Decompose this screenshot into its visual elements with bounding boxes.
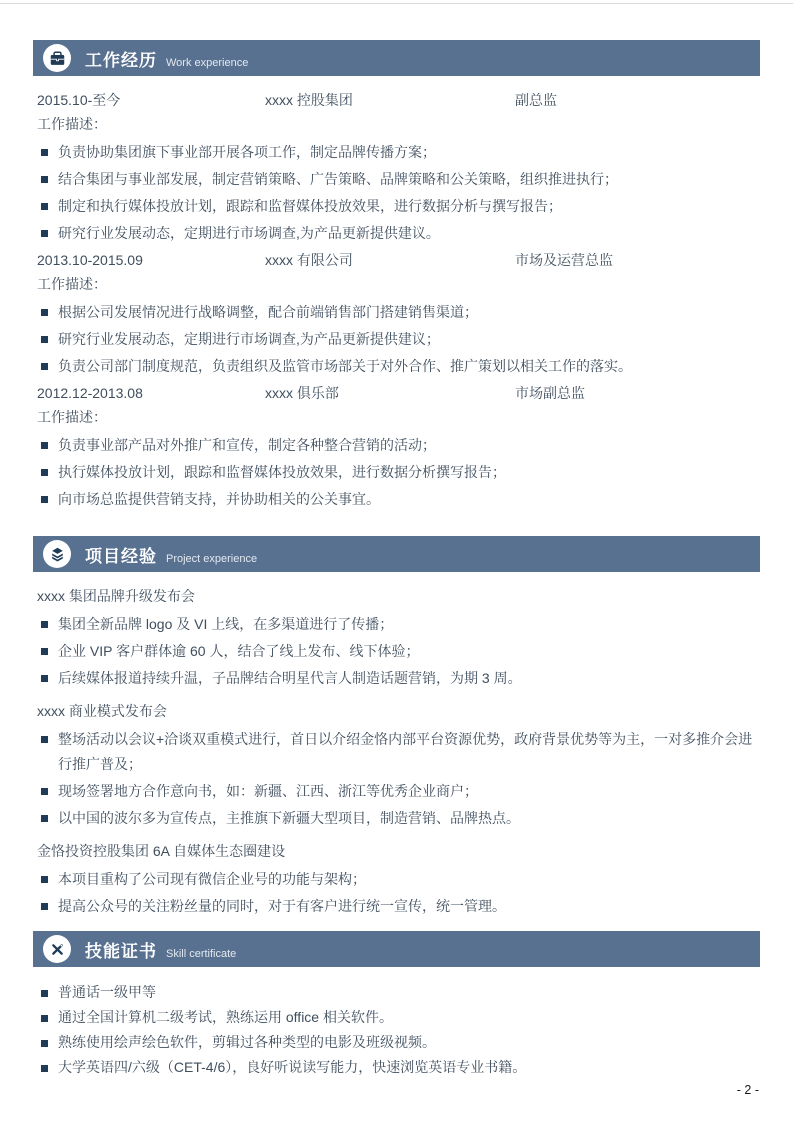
page-top-rule (0, 3, 793, 4)
tools-icon (43, 935, 71, 963)
bullet-item: 后续媒体报道持续升温，子品牌结合明星代言人制造话题营销，为期 3 周。 (37, 666, 760, 691)
job-bullet-list: 负责事业部产品对外推广和宣传，制定各种整合营销的活动； 执行媒体投放计划，跟踪和… (37, 433, 760, 512)
bullet-item: 现场签署地方合作意向书，如：新疆、江西、浙江等优秀企业商户； (37, 779, 760, 804)
bullet-item: 向市场总监提供营销支持，并协助相关的公关事宜。 (37, 487, 760, 512)
project-bullet-list: 集团全新品牌 logo 及 VI 上线，在多渠道进行了传播； 企业 VIP 客户… (37, 612, 760, 691)
skill-bullet-list: 普通话一级甲等 通过全国计算机二级考试，熟练运用 office 相关软件。 熟练… (37, 981, 760, 1079)
section-subtitle: Project experience (166, 553, 257, 565)
bullet-item: 普通话一级甲等 (37, 981, 760, 1004)
job-period: 2012.12-2013.08 (37, 381, 265, 405)
bullet-item: 负责事业部产品对外推广和宣传，制定各种整合营销的活动； (37, 433, 760, 458)
job-desc-label: 工作描述： (37, 405, 760, 429)
bullet-item: 研究行业发展动态，定期进行市场调查,为产品更新提供建议； (37, 327, 760, 352)
bullet-item: 制定和执行媒体投放计划，跟踪和监督媒体投放效果，进行数据分析与撰写报告； (37, 194, 760, 219)
project-entry: 金恪投资控股集团 6A 自媒体生态圈建设 本项目重构了公司现有微信企业号的功能与… (37, 839, 760, 919)
work-experience-list: 2015.10-至今 xxxx 控股集团 副总监 工作描述： 负责协助集团旗下事… (33, 76, 760, 512)
briefcase-icon (43, 44, 71, 72)
job-company: xxxx 有限公司 (265, 248, 515, 272)
bullet-item: 负责协助集团旗下事业部开展各项工作，制定品牌传播方案； (37, 140, 760, 165)
job-entry: 2013.10-2015.09 xxxx 有限公司 市场及运营总监 工作描述： … (37, 248, 760, 379)
project-name: xxxx 商业模式发布会 (37, 699, 760, 723)
section-subtitle: Work experience (166, 57, 248, 69)
resume-page: 工作经历 Work experience 2015.10-至今 xxxx 控股集… (0, 0, 793, 1122)
skill-certificate-list: 普通话一级甲等 通过全国计算机二级考试，熟练运用 office 相关软件。 熟练… (33, 967, 760, 1079)
page-number: - 2 - (737, 1083, 759, 1097)
section-title: 项目经验 (85, 542, 157, 567)
bullet-item: 熟练使用绘声绘色软件，剪辑过各种类型的电影及班级视频。 (37, 1031, 760, 1054)
job-header: 2012.12-2013.08 xxxx 俱乐部 市场副总监 (37, 381, 760, 405)
bullet-item: 负责公司部门制度规范，负责组织及监管市场部关于对外合作、推广策划以相关工作的落实… (37, 354, 760, 379)
project-name: 金恪投资控股集团 6A 自媒体生态圈建设 (37, 839, 760, 863)
bullet-item: 根据公司发展情况进行战略调整，配合前端销售部门搭建销售渠道； (37, 300, 760, 325)
bullet-item: 提高公众号的关注粉丝量的同时，对于有客户进行统一宣传，统一管理。 (37, 894, 760, 919)
section-header-work: 工作经历 Work experience (33, 40, 760, 76)
job-entry: 2012.12-2013.08 xxxx 俱乐部 市场副总监 工作描述： 负责事… (37, 381, 760, 512)
bullet-item: 集团全新品牌 logo 及 VI 上线，在多渠道进行了传播； (37, 612, 760, 637)
project-bullet-list: 整场活动以会议+洽谈双重模式进行，首日以介绍金恪内部平台资源优势，政府背景优势等… (37, 727, 760, 831)
bullet-item: 大学英语四/六级（CET-4/6），良好听说读写能力，快速浏览英语专业书籍。 (37, 1056, 760, 1079)
job-desc-label: 工作描述： (37, 272, 760, 296)
job-bullet-list: 负责协助集团旗下事业部开展各项工作，制定品牌传播方案； 结合集团与事业部发展，制… (37, 140, 760, 246)
bullet-item: 执行媒体投放计划，跟踪和监督媒体投放效果，进行数据分析撰写报告； (37, 460, 760, 485)
job-period: 2015.10-至今 (37, 88, 265, 112)
section-subtitle: Skill certificate (166, 948, 236, 960)
project-bullet-list: 本项目重构了公司现有微信企业号的功能与架构； 提高公众号的关注粉丝量的同时，对于… (37, 867, 760, 919)
bullet-item: 本项目重构了公司现有微信企业号的功能与架构； (37, 867, 760, 892)
bullet-item: 结合集团与事业部发展，制定营销策略、广告策略、品牌策略和公关策略，组织推进执行； (37, 167, 760, 192)
bullet-item: 企业 VIP 客户群体逾 60 人，结合了线上发布、线下体验； (37, 639, 760, 664)
job-position: 市场及运营总监 (515, 248, 760, 272)
job-bullet-list: 根据公司发展情况进行战略调整，配合前端销售部门搭建销售渠道； 研究行业发展动态，… (37, 300, 760, 379)
job-header: 2013.10-2015.09 xxxx 有限公司 市场及运营总监 (37, 248, 760, 272)
section-header-skill: 技能证书 Skill certificate (33, 931, 760, 967)
layers-icon (43, 540, 71, 568)
job-company: xxxx 控股集团 (265, 88, 515, 112)
bullet-item: 研究行业发展动态，定期进行市场调查,为产品更新提供建议。 (37, 221, 760, 246)
job-position: 市场副总监 (515, 381, 760, 405)
section-title: 技能证书 (85, 937, 157, 962)
project-entry: xxxx 商业模式发布会 整场活动以会议+洽谈双重模式进行，首日以介绍金恪内部平… (37, 699, 760, 831)
project-name: xxxx 集团品牌升级发布会 (37, 584, 760, 608)
bullet-item: 通过全国计算机二级考试，熟练运用 office 相关软件。 (37, 1006, 760, 1029)
project-experience-list: xxxx 集团品牌升级发布会 集团全新品牌 logo 及 VI 上线，在多渠道进… (33, 572, 760, 919)
job-position: 副总监 (515, 88, 760, 112)
section-header-project: 项目经验 Project experience (33, 536, 760, 572)
bullet-item: 整场活动以会议+洽谈双重模式进行，首日以介绍金恪内部平台资源优势，政府背景优势等… (37, 727, 760, 777)
project-entry: xxxx 集团品牌升级发布会 集团全新品牌 logo 及 VI 上线，在多渠道进… (37, 584, 760, 691)
section-title: 工作经历 (85, 46, 157, 71)
job-header: 2015.10-至今 xxxx 控股集团 副总监 (37, 88, 760, 112)
bullet-item: 以中国的波尔多为宣传点，主推旗下新疆大型项目，制造营销、品牌热点。 (37, 806, 760, 831)
job-period: 2013.10-2015.09 (37, 248, 265, 272)
job-desc-label: 工作描述： (37, 112, 760, 136)
job-entry: 2015.10-至今 xxxx 控股集团 副总监 工作描述： 负责协助集团旗下事… (37, 88, 760, 246)
job-company: xxxx 俱乐部 (265, 381, 515, 405)
